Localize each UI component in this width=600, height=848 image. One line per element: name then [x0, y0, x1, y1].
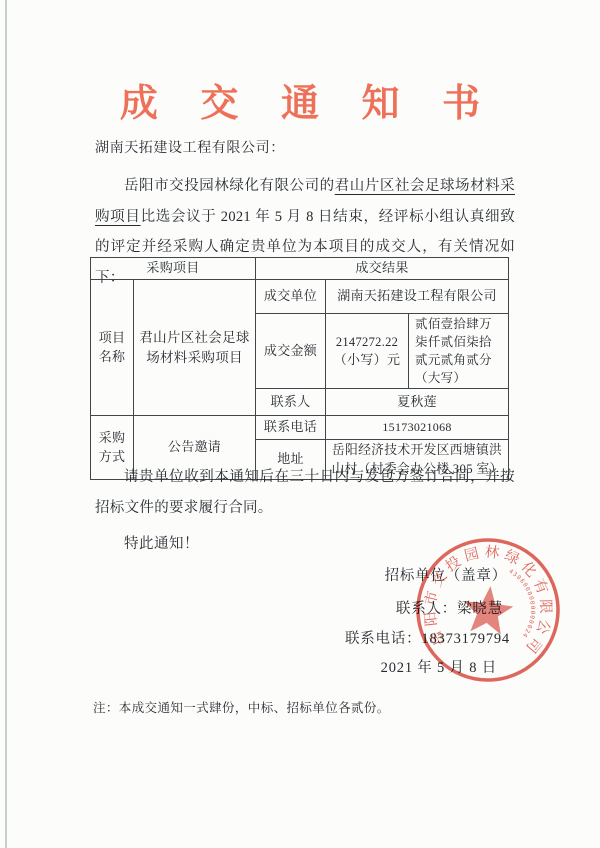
signature-unit-line: 招标单位（盖章） — [385, 564, 507, 585]
scan-edge-line — [5, 0, 7, 848]
signature-contact-line: 联系人：梁晓慧 — [396, 597, 503, 618]
cell-phone-value: 15173021068 — [326, 416, 509, 440]
closing-paragraph: 请贵单位收到本通知后在三十日内与发包方签订合同，并按招标文件的要求履行合同。 — [95, 462, 515, 524]
award-result-table: 采购项目 成交结果 项目名称 君山片区社会足球场材料采购项目 成交单位 湖南天拓… — [90, 257, 509, 480]
cell-amount-label: 成交金额 — [256, 313, 326, 389]
amount-number: 2147272.22 — [331, 333, 403, 351]
cell-winning-unit-label: 成交单位 — [256, 279, 326, 313]
notice-document-page: 成 交 通 知 书 湖南天拓建设工程有限公司： 岳阳市交投园林绿化有限公司的君山… — [0, 0, 600, 848]
cell-amount-numeric: 2147272.22（小写）元 — [326, 313, 409, 389]
cell-project-name-value: 君山片区社会足球场材料采购项目 — [134, 279, 256, 416]
cell-contact-label: 联系人 — [256, 389, 326, 416]
copies-note: 注：本成交通知一式肆份，中标、招标单位各贰份。 — [93, 698, 390, 716]
recipient-line: 湖南天拓建设工程有限公司： — [95, 137, 285, 157]
intro-pre-text: 岳阳市交投园林绿化有限公司的 — [124, 178, 335, 194]
cell-winning-unit-value: 湖南天拓建设工程有限公司 — [326, 279, 509, 313]
header-award-result: 成交结果 — [256, 258, 509, 280]
cell-project-name-label: 项目名称 — [91, 279, 134, 416]
page-title: 成 交 通 知 书 — [0, 72, 600, 127]
header-procurement-project: 采购项目 — [91, 258, 256, 280]
cell-contact-value: 夏秋莲 — [326, 389, 509, 416]
notice-line: 特此通知！ — [124, 532, 199, 553]
signature-phone-line: 联系电话：18373179794 — [345, 627, 510, 648]
signature-date-line: 2021 年 5 月 8 日 — [381, 656, 497, 677]
amount-suffix: （小写）元 — [331, 351, 403, 370]
cell-phone-label: 联系电话 — [256, 416, 326, 440]
cell-amount-capitals: 贰佰壹拾肆万柒仟贰佰柒拾贰元贰角贰分（大写） — [409, 313, 509, 389]
